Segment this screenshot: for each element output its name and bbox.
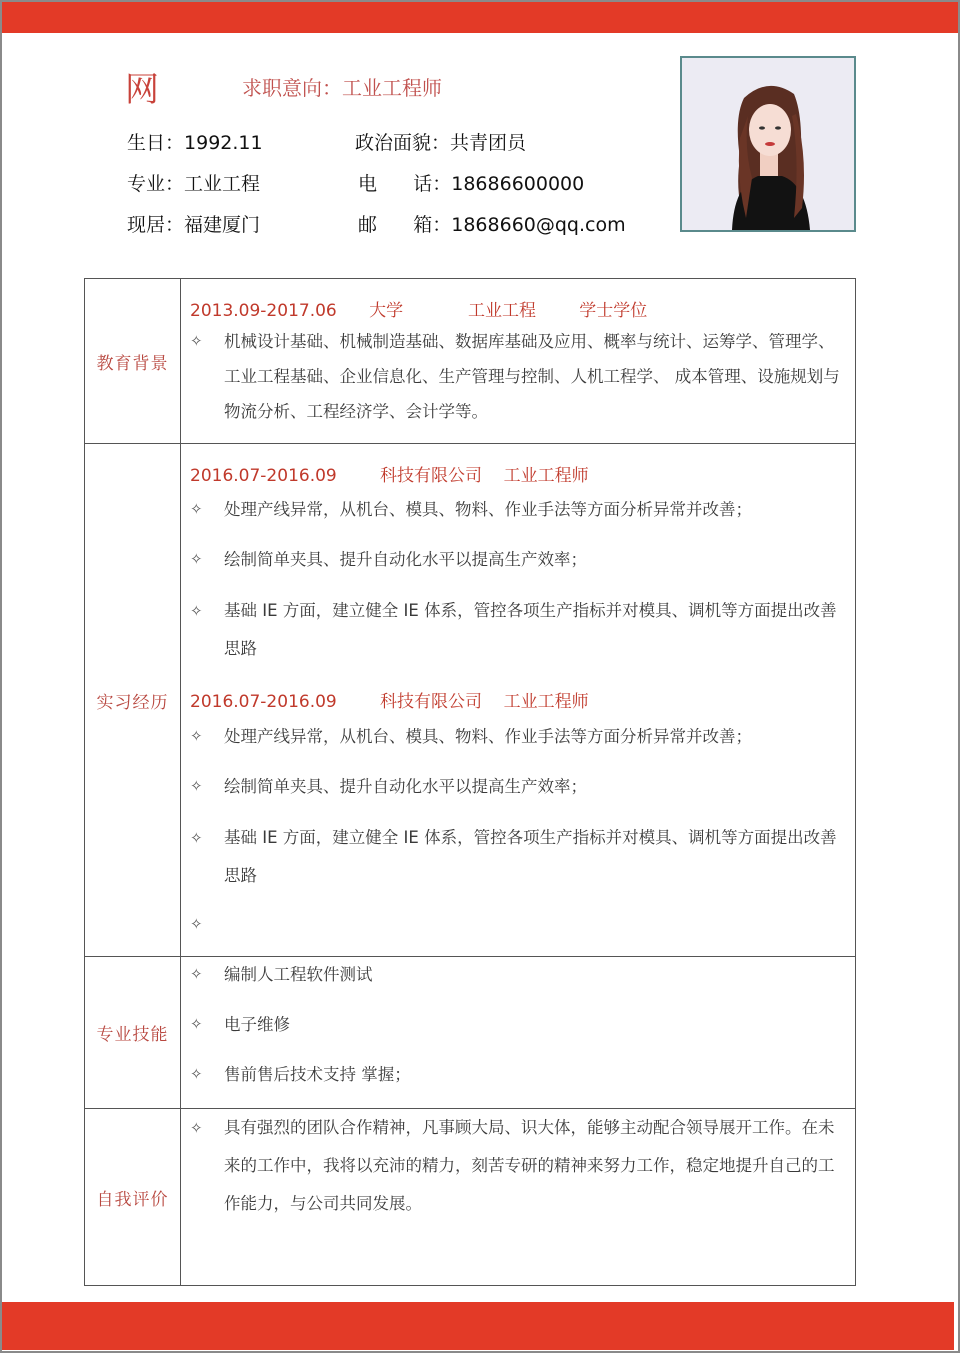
bullet-star-icon: ✧: [190, 907, 214, 942]
section-skills: 专业技能 ✧编制人工程软件测试 ✧电子维修 ✧售前售后技术支持 掌握；: [85, 957, 855, 1109]
major-field: 专业：工业工程: [127, 169, 260, 196]
section-label-education: 教育背景: [85, 279, 181, 443]
bullet-star-icon: ✧: [190, 324, 214, 359]
job-2-item-1: ✧处理产线异常，从机台、模具、物料、作业手法等方面分析异常并改善；: [190, 719, 849, 754]
job-2-period: 2016.07-2016.09: [190, 692, 337, 712]
top-accent-bar: [2, 2, 958, 33]
politics-label: 政治面貌：: [355, 132, 450, 154]
bullet-star-icon: ✧: [190, 592, 214, 630]
bullet-star-icon: ✧: [190, 1057, 214, 1092]
major-value: 工业工程: [184, 173, 260, 195]
job-2-title: 工业工程师: [504, 692, 589, 712]
bullet-star-icon: ✧: [190, 1007, 214, 1042]
internship-body: 2016.07-2016.09 科技有限公司 工业工程师 ✧处理产线异常，从机台…: [182, 444, 855, 956]
skill-item-3-text: 售前售后技术支持 掌握；: [224, 1057, 849, 1092]
bullet-star-icon: ✧: [190, 492, 214, 527]
objective-value: 工业工程师: [342, 76, 442, 100]
skill-item-3: ✧售前售后技术支持 掌握；: [190, 1057, 849, 1092]
bullet-star-icon: ✧: [190, 719, 214, 754]
education-headline: 2013.09-2017.06 大学 工业工程 学士学位: [190, 296, 647, 321]
job-2-item-1-text: 处理产线异常，从机台、模具、物料、作业手法等方面分析异常并改善；: [224, 719, 849, 754]
job-1-item-1-text: 处理产线异常，从机台、模具、物料、作业手法等方面分析异常并改善；: [224, 492, 849, 527]
education-major: 工业工程: [468, 301, 536, 321]
profile-photo: [680, 56, 856, 232]
birthday-field: 生日：1992.11: [127, 128, 263, 155]
job-1-item-2: ✧绘制简单夹具、提升自动化水平以提高生产效率；: [190, 542, 849, 577]
skill-item-1-text: 编制人工程软件测试: [224, 957, 849, 992]
job-1-item-2-text: 绘制简单夹具、提升自动化水平以提高生产效率；: [224, 542, 849, 577]
job-2-headline: 2016.07-2016.09 科技有限公司 工业工程师: [190, 687, 589, 712]
bullet-star-icon: ✧: [190, 819, 214, 857]
bullet-star-icon: ✧: [190, 769, 214, 804]
education-body: 2013.09-2017.06 大学 工业工程 学士学位 ✧ 机械设计基础、机械…: [182, 279, 855, 443]
skill-item-1: ✧编制人工程软件测试: [190, 957, 849, 992]
section-self-eval: 自我评价 ✧具有强烈的团队合作精神，凡事顾大局、识大体，能够主动配合领导展开工作…: [85, 1109, 855, 1286]
section-label-self-eval: 自我评价: [85, 1109, 181, 1286]
birthday-value: 1992.11: [184, 132, 263, 154]
residence-label: 现居：: [127, 214, 184, 236]
job-2-item-3: ✧基础 IE 方面，建立健全 IE 体系，管控各项生产指标并对模具、调机等方面提…: [190, 819, 849, 895]
job-2-item-3-text: 基础 IE 方面，建立健全 IE 体系，管控各项生产指标并对模具、调机等方面提出…: [224, 819, 849, 895]
bullet-star-icon: ✧: [190, 1109, 214, 1147]
major-label: 专业：: [127, 173, 184, 195]
objective-label: 求职意向：: [242, 76, 342, 100]
job-1-item-3: ✧基础 IE 方面，建立健全 IE 体系，管控各项生产指标并对模具、调机等方面提…: [190, 592, 849, 668]
job-1-title: 工业工程师: [504, 466, 589, 486]
birthday-label: 生日：: [127, 132, 184, 154]
self-eval-body: ✧具有强烈的团队合作精神，凡事顾大局、识大体，能够主动配合领导展开工作。在未来的…: [182, 1109, 855, 1286]
phone-value: 18686600000: [451, 173, 584, 195]
skills-body: ✧编制人工程软件测试 ✧电子维修 ✧售前售后技术支持 掌握；: [182, 957, 855, 1108]
job-objective: 求职意向：工业工程师: [242, 72, 442, 101]
politics-field: 政治面貌：共青团员: [355, 128, 526, 155]
job-1-item-1: ✧处理产线异常，从机台、模具、物料、作业手法等方面分析异常并改善；: [190, 492, 849, 527]
section-label-internship: 实习经历: [85, 444, 181, 956]
skill-item-2: ✧电子维修: [190, 1007, 849, 1042]
section-education: 教育背景 2013.09-2017.06 大学 工业工程 学士学位 ✧ 机械设计…: [85, 279, 855, 444]
email-label: 邮 箱：: [358, 214, 451, 236]
education-period: 2013.09-2017.06: [190, 301, 337, 321]
self-eval-text-block: ✧具有强烈的团队合作精神，凡事顾大局、识大体，能够主动配合领导展开工作。在未来的…: [190, 1109, 849, 1223]
bottom-accent-bar: [2, 1302, 954, 1350]
job-1-period: 2016.07-2016.09: [190, 466, 337, 486]
phone-field: 电 话：18686600000: [358, 169, 584, 196]
job-2-item-2-text: 绘制简单夹具、提升自动化水平以提高生产效率；: [224, 769, 849, 804]
residence-field: 现居：福建厦门: [127, 210, 260, 237]
job-1-item-3-text: 基础 IE 方面，建立健全 IE 体系，管控各项生产指标并对模具、调机等方面提出…: [224, 592, 849, 668]
residence-value: 福建厦门: [184, 214, 260, 236]
section-label-skills: 专业技能: [85, 957, 181, 1108]
phone-label: 电 话：: [358, 173, 451, 195]
job-2-item-2: ✧绘制简单夹具、提升自动化水平以提高生产效率；: [190, 769, 849, 804]
resume-table: 教育背景 2013.09-2017.06 大学 工业工程 学士学位 ✧ 机械设计…: [84, 278, 856, 1286]
email-field: 邮 箱：1868660@qq.com: [358, 210, 626, 237]
portrait-image-icon: [682, 58, 854, 230]
job-1-headline: 2016.07-2016.09 科技有限公司 工业工程师: [190, 461, 589, 486]
section-internship: 实习经历 2016.07-2016.09 科技有限公司 工业工程师 ✧处理产线异…: [85, 444, 855, 957]
bullet-star-icon: ✧: [190, 957, 214, 992]
email-value: 1868660@qq.com: [451, 214, 625, 236]
education-school: 大学: [369, 301, 403, 321]
job-1-company: 科技有限公司: [380, 466, 482, 486]
candidate-name: 网: [125, 62, 159, 111]
job-2-company: 科技有限公司: [380, 692, 482, 712]
self-eval-text: 具有强烈的团队合作精神，凡事顾大局、识大体，能够主动配合领导展开工作。在未来的工…: [224, 1109, 849, 1223]
courses-text: 机械设计基础、机械制造基础、数据库基础及应用、概率与统计、运筹学、管理学、工业工…: [224, 324, 849, 429]
education-courses: ✧ 机械设计基础、机械制造基础、数据库基础及应用、概率与统计、运筹学、管理学、工…: [190, 324, 849, 429]
politics-value: 共青团员: [450, 132, 526, 154]
skill-item-2-text: 电子维修: [224, 1007, 849, 1042]
bullet-star-icon: ✧: [190, 542, 214, 577]
education-degree: 学士学位: [579, 301, 647, 321]
